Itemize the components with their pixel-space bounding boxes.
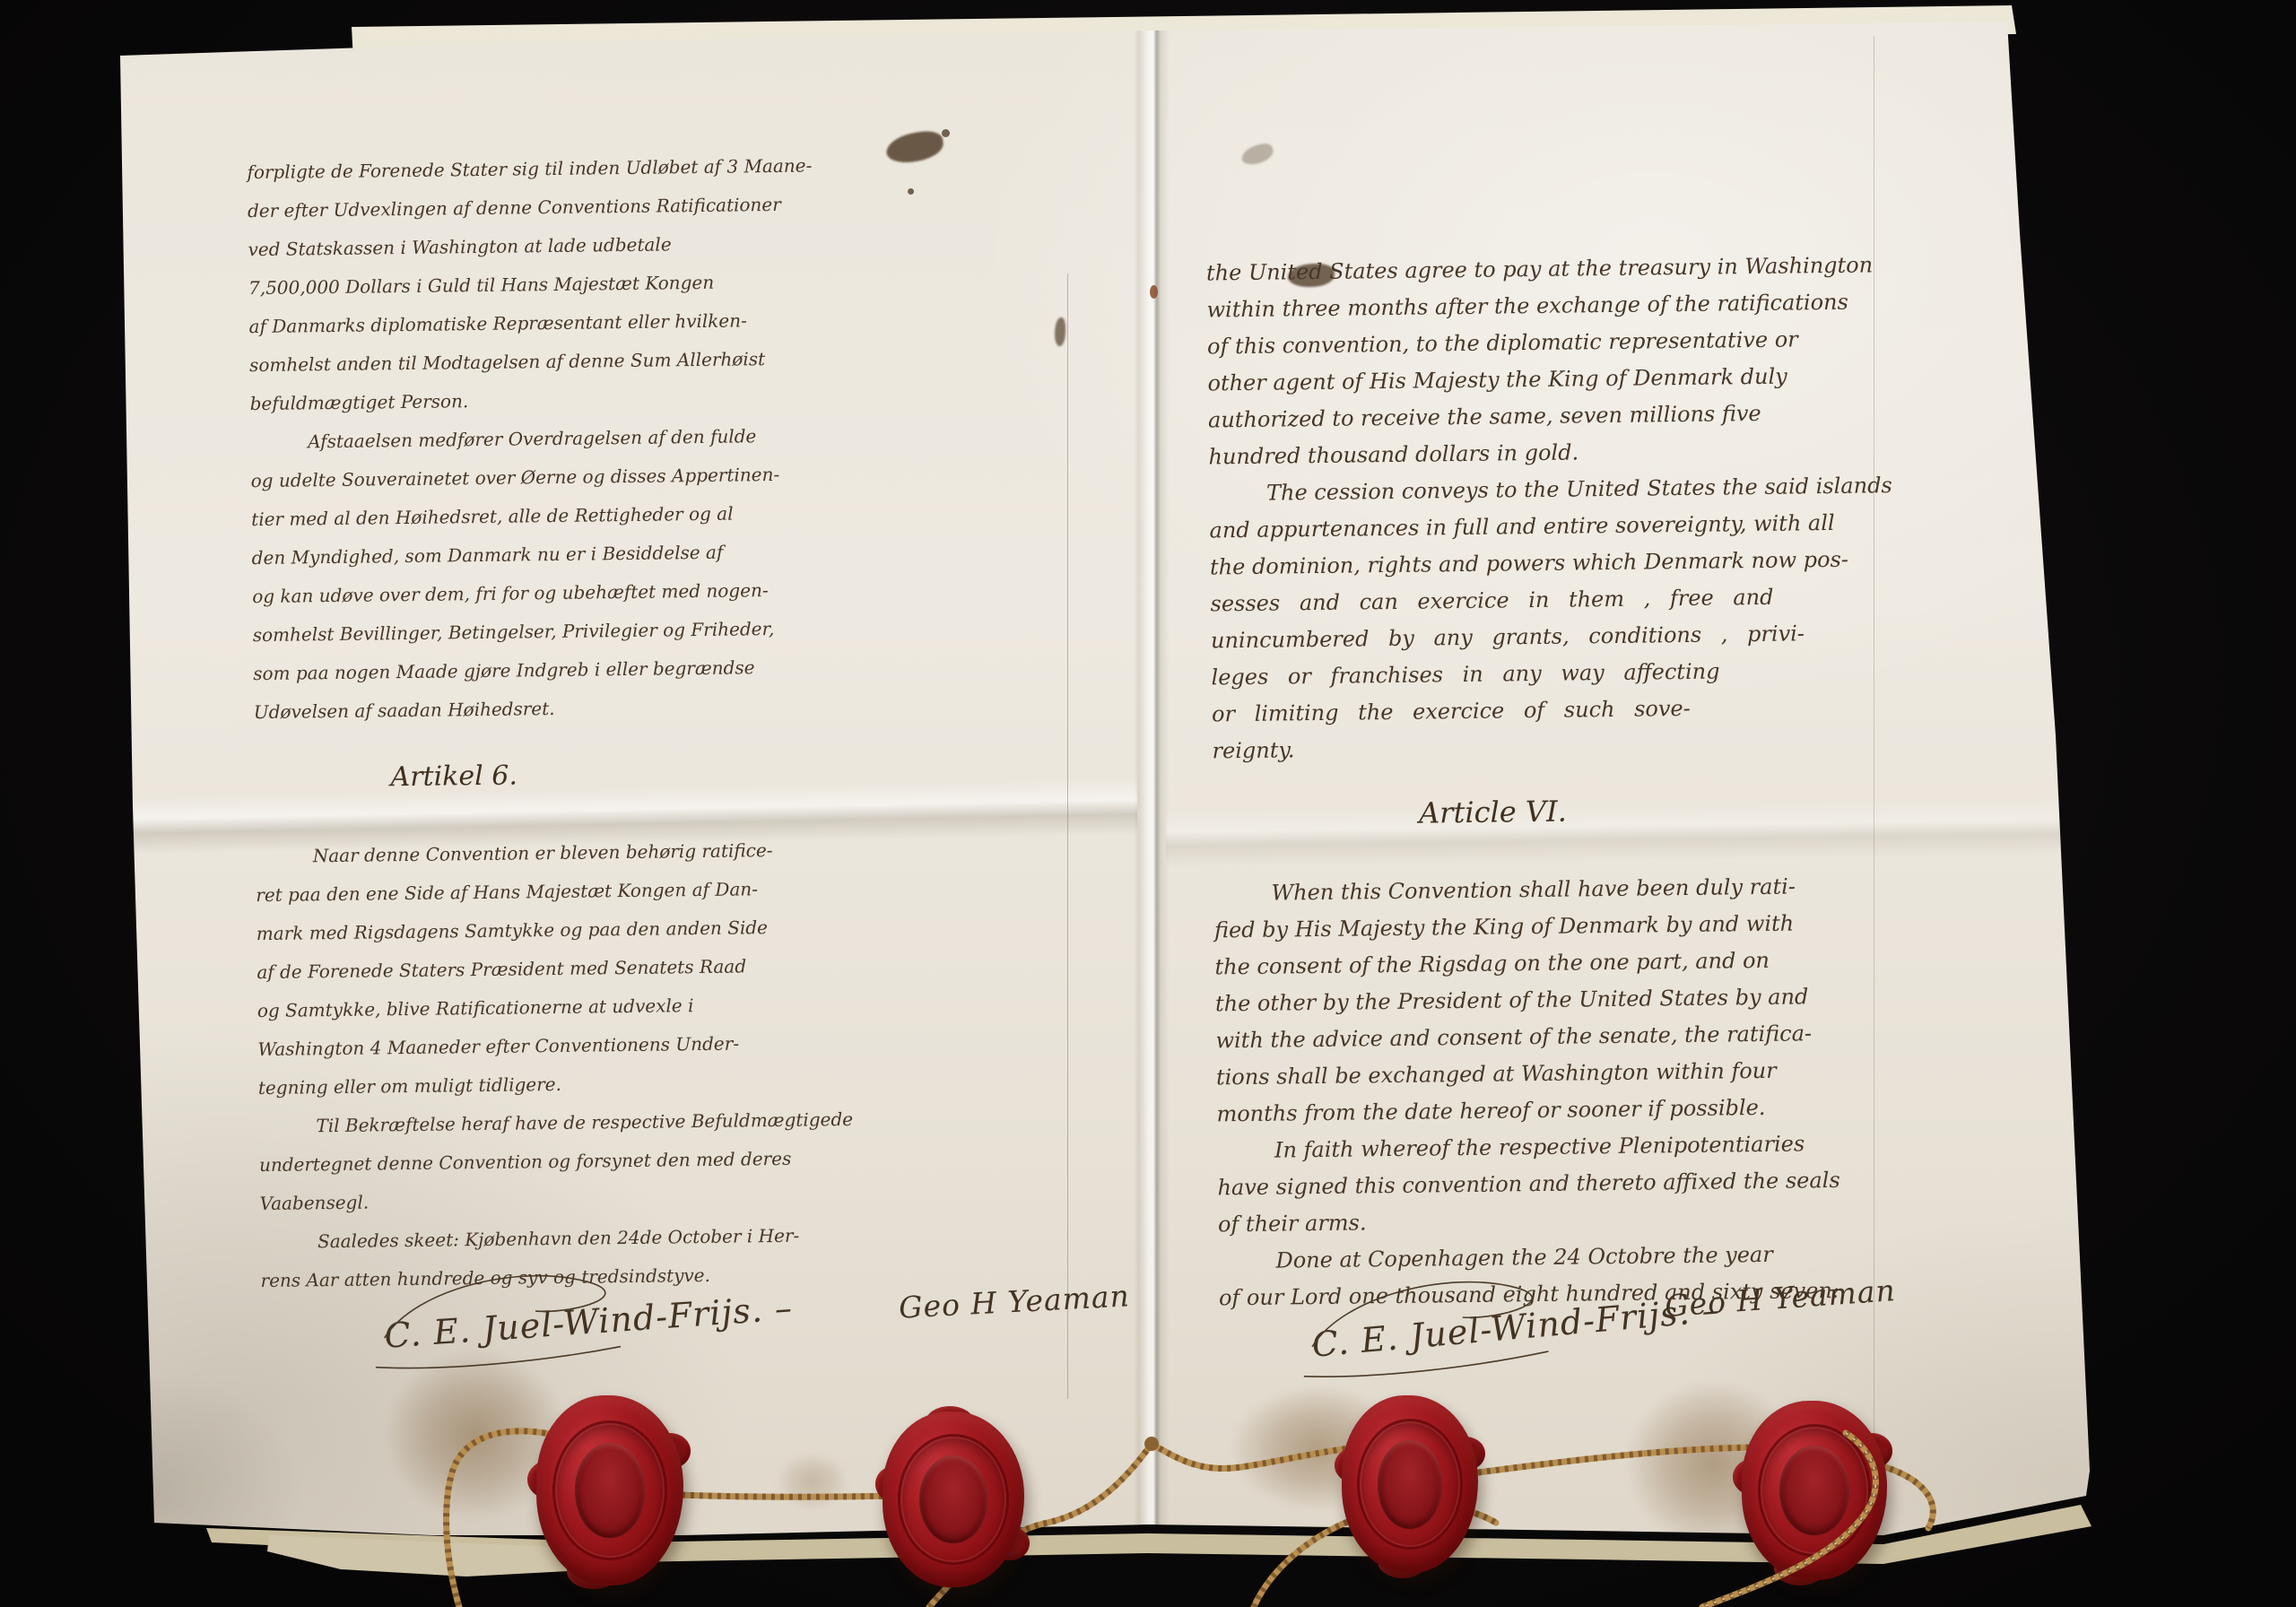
photograph-of-treaty-spread: forpligte de Forenede Stater sig til ind…: [0, 0, 2296, 1607]
sealing-cord-over-seal: [0, 0, 2296, 1607]
